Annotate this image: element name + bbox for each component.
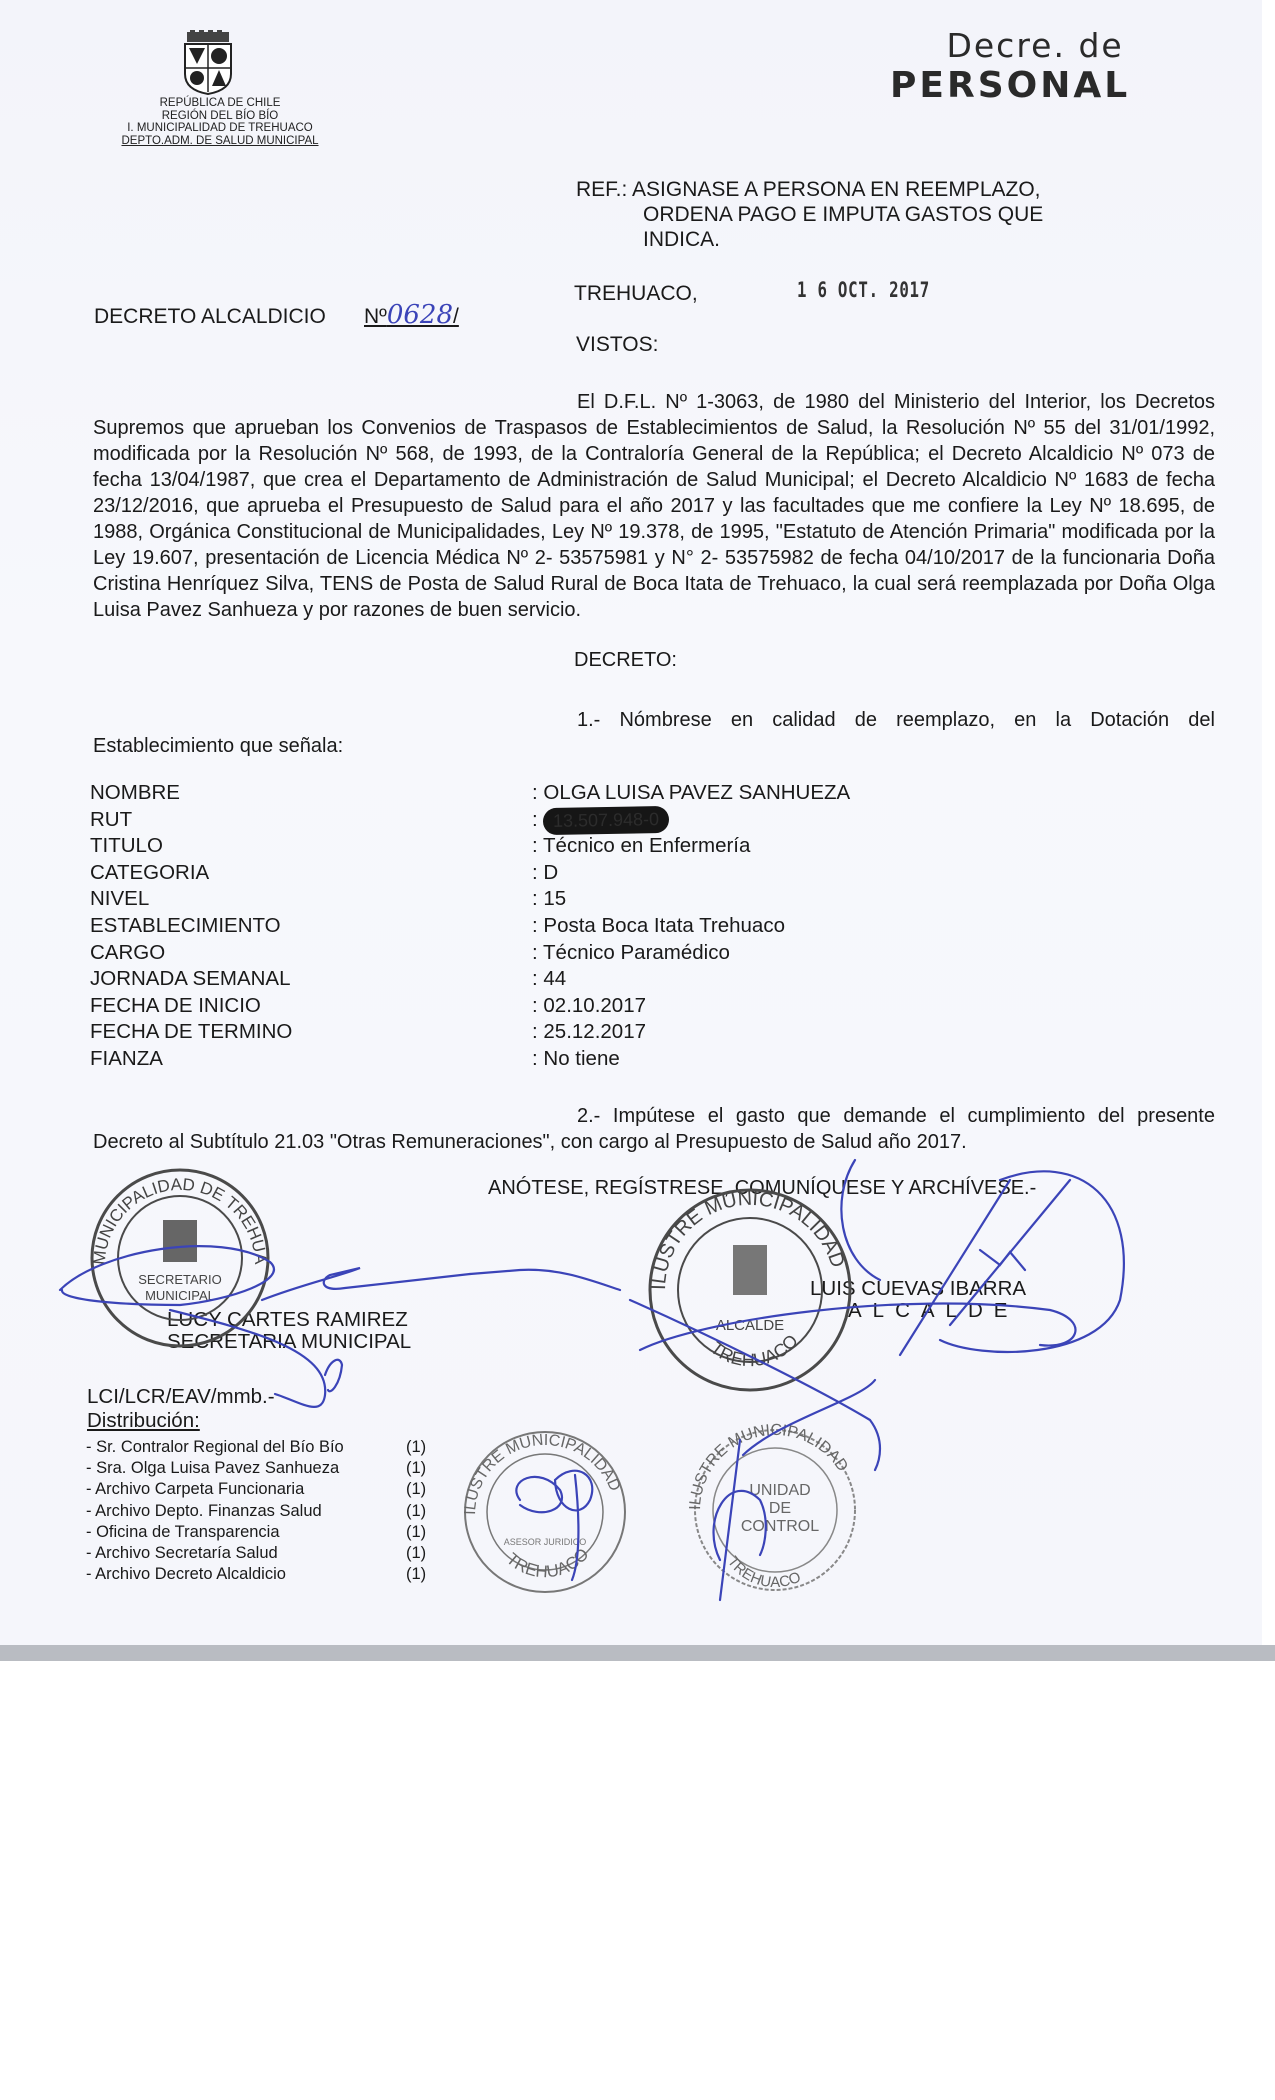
scanned-page: REPÚBLICA DE CHILE REGIÓN DEL BÍO BÍO I.… [0,0,1262,1645]
distribution-recipient: - Oficina de Transparencia [86,1522,406,1543]
field-value: : 02.10.2017 [532,993,646,1020]
field-value: : Técnico Paramédico [532,940,730,967]
field-value: : D [532,860,558,887]
distribution-list: - Sr. Contralor Regional del Bío Bío(1) … [86,1437,426,1585]
distribution-item: - Sr. Contralor Regional del Bío Bío(1) [86,1437,426,1458]
svg-text:ILUSTRE MUNICIPALIDAD: ILUSTRE MUNICIPALIDAD [648,1188,849,1291]
field-key: CATEGORIA [90,860,532,887]
distribution-item: - Archivo Carpeta Funcionaria(1) [86,1479,426,1500]
item-1-paragraph: 1.- Nómbrese en calidad de reemplazo, en… [93,707,1215,759]
reference-line: INDICA. [576,227,1043,252]
svg-text:DE: DE [769,1500,791,1517]
distribution-recipient: - Archivo Secretaría Salud [86,1543,406,1564]
distribution-recipient: - Archivo Carpeta Funcionaria [86,1479,406,1500]
field-key: NOMBRE [90,780,532,807]
field-key: JORNADA SEMANAL [90,966,532,993]
field-value: : 25.12.2017 [532,1019,646,1046]
field-key: FIANZA [90,1046,532,1073]
field-key: CARGO [90,940,532,967]
field-key: FECHA DE INICIO [90,993,532,1020]
legal-advisor-seal: ILUSTRE MUNICIPALIDAD TREHUACO ASESOR JU… [462,1432,625,1592]
distribution-item: - Archivo Secretaría Salud(1) [86,1543,426,1564]
distribution-count: (1) [406,1458,426,1479]
distribution-count: (1) [406,1564,426,1585]
distribution-count: (1) [406,1501,426,1522]
mayor-signature-block: LUIS CUEVAS IBARRA ALCALDE [810,1278,1026,1322]
svg-text:CONTROL: CONTROL [741,1518,819,1535]
mayor-title: ALCALDE [810,1300,1026,1322]
field-row: CARGO: Técnico Paramédico [90,940,850,967]
scan-edge [0,1645,1275,1661]
field-row: ESTABLECIMIENTO: Posta Boca Itata Trehua… [90,913,850,940]
field-key: RUT [90,807,532,834]
distribution-count: (1) [406,1437,426,1458]
field-value: : Posta Boca Itata Trehuaco [532,913,785,940]
field-value: : 15 [532,886,566,913]
field-value: : 44 [532,966,566,993]
field-row: NIVEL: 15 [90,886,850,913]
field-row: FECHA DE INICIO: 02.10.2017 [90,993,850,1020]
field-value: : No tiene [532,1046,620,1073]
field-row: FECHA DE TERMINO: 25.12.2017 [90,1019,850,1046]
secretary-title: SECRETARIA MUNICIPAL [167,1331,411,1353]
svg-text:ILUSTRE MUNICIPALIDAD: ILUSTRE MUNICIPALIDAD [687,1422,851,1510]
field-row: CATEGORIA: D [90,860,850,887]
distribution-item: - Sra. Olga Luisa Pavez Sanhueza(1) [86,1458,426,1479]
reference-label: REF.: [576,178,627,201]
decree-type-stamp: Decre. de PERSONAL [890,26,1130,106]
svg-text:ILUSTRE MUNICIPALIDAD: ILUSTRE MUNICIPALIDAD [462,1432,623,1515]
initials: LCI/LCR/EAV/mmb.- [87,1385,275,1409]
control-unit-seal: ILUSTRE MUNICIPALIDAD UNIDAD DE CONTROL … [687,1422,855,1591]
redacted-rut: 13.507.948-0 [543,805,670,834]
decree-number-suffix: / [453,305,459,328]
distribution-recipient: - Sr. Contralor Regional del Bío Bío [86,1437,406,1458]
distribution-count: (1) [406,1543,426,1564]
field-row: NOMBRE: OLGA LUISA PAVEZ SANHUEZA [90,780,850,807]
closing-formula: ANÓTESE, REGÍSTRESE, COMUNÍQUESE Y ARCHÍ… [488,1177,1036,1200]
appointment-fields: NOMBRE: OLGA LUISA PAVEZ SANHUEZA RUT: 1… [90,780,850,1073]
svg-text:TREHUACO: TREHUACO [724,1553,803,1591]
field-value: : 13.507.948-0 [532,807,670,834]
svg-text:TREHUACO: TREHUACO [707,1331,802,1371]
distribution-count: (1) [406,1479,426,1500]
place: TREHUACO, [574,282,698,306]
letterhead-line: REPÚBLICA DE CHILE [115,97,325,110]
vistos-paragraph: El D.F.L. Nº 1-3063, de 1980 del Ministe… [93,389,1215,623]
field-row: TITULO: Técnico en Enfermería [90,833,850,860]
field-key: FECHA DE TERMINO [90,1019,532,1046]
stamp-line-1: Decre. de [940,26,1130,65]
reference-line: ASIGNASE A PERSONA EN REEMPLAZO, [632,178,1040,201]
distribution-recipient: - Sra. Olga Luisa Pavez Sanhueza [86,1458,406,1479]
distribution-title: Distribución: [87,1409,200,1433]
decree-number: Nº0628/ [364,300,459,330]
decree-number-prefix: Nº [364,305,387,328]
reference-line: ORDENA PAGO E IMPUTA GASTOS QUE [576,202,1043,227]
mayor-name: LUIS CUEVAS IBARRA [810,1278,1026,1300]
field-key: ESTABLECIMIENTO [90,913,532,940]
distribution-item: - Archivo Depto. Finanzas Salud(1) [86,1501,426,1522]
distribution-recipient: - Archivo Depto. Finanzas Salud [86,1501,406,1522]
secretary-signature-block: LUCY CARTES RAMIREZ SECRETARIA MUNICIPAL [167,1309,411,1353]
letterhead-line: I. MUNICIPALIDAD DE TREHUACO [115,122,325,135]
svg-text:MUNICIPAL: MUNICIPAL [145,1288,215,1303]
vistos-heading: VISTOS: [576,333,658,357]
secretary-name: LUCY CARTES RAMIREZ [167,1309,411,1331]
distribution-item: - Archivo Decreto Alcaldicio(1) [86,1564,426,1585]
decreto-heading: DECRETO: [574,649,677,672]
date-stamp: 1 6 OCT. 2017 [797,278,930,302]
field-key: TITULO [90,833,532,860]
distribution-count: (1) [406,1522,426,1543]
field-value: : OLGA LUISA PAVEZ SANHUEZA [532,780,850,807]
field-key: NIVEL [90,886,532,913]
letterhead: REPÚBLICA DE CHILE REGIÓN DEL BÍO BÍO I.… [115,97,325,147]
svg-text:ASESOR JURIDICO: ASESOR JURIDICO [504,1537,587,1547]
svg-text:TREHUACO: TREHUACO [503,1545,593,1582]
svg-text:ALCALDE: ALCALDE [716,1317,784,1334]
decree-label: DECRETO ALCALDICIO [94,305,326,329]
stamp-line-2: PERSONAL [890,65,1130,106]
letterhead-line: REGIÓN DEL BÍO BÍO [115,110,325,123]
field-row: JORNADA SEMANAL: 44 [90,966,850,993]
coat-of-arms-icon [177,30,239,96]
field-value: : Técnico en Enfermería [532,833,750,860]
distribution-item: - Oficina de Transparencia(1) [86,1522,426,1543]
distribution-recipient: - Archivo Decreto Alcaldicio [86,1564,406,1585]
svg-text:UNIDAD: UNIDAD [749,1482,810,1499]
letterhead-line: DEPTO.ADM. DE SALUD MUNICIPAL [115,135,325,148]
field-row: FIANZA: No tiene [90,1046,850,1073]
decree-number-handwritten: 0628 [387,300,453,330]
field-row: RUT: 13.507.948-0 [90,807,850,834]
item-2-paragraph: 2.- Impútese el gasto que demande el cum… [93,1103,1215,1155]
svg-text:MUNICIPALIDAD DE TREHUACO: MUNICIPALIDAD DE TREHUACO [0,0,270,1266]
svg-text:SECRETARIO: SECRETARIO [138,1272,222,1287]
reference-block: REF.: ASIGNASE A PERSONA EN REEMPLAZO, O… [576,177,1043,252]
